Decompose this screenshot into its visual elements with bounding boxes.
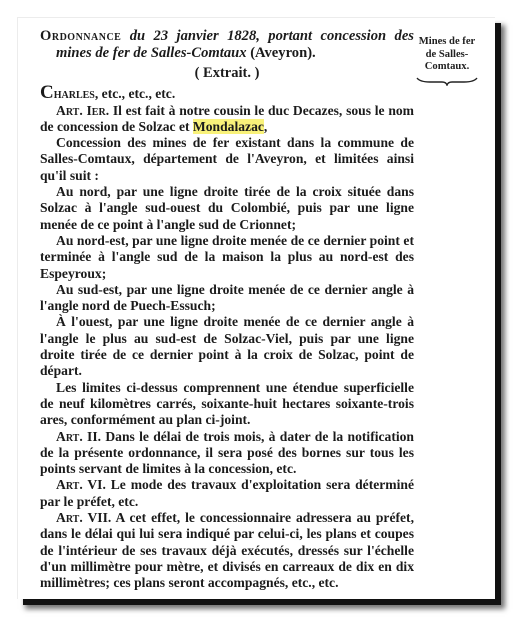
margin-note-line: Mines de fer: [399, 36, 495, 49]
document-body: Ordonnance du 23 janvier 1828, portant c…: [40, 28, 414, 592]
paragraph-ouest: À l'ouest, par une ligne droite menée de…: [40, 314, 414, 379]
paragraph-article-7: Art. VII. A cet effet, le concessionnair…: [40, 510, 414, 591]
paragraph-concession: Concession des mines de fer existant dan…: [40, 135, 414, 184]
article-label: Art. Ier.: [56, 103, 109, 118]
paragraph-text: ,: [264, 119, 267, 134]
margin-note-line: de Salles-: [399, 49, 495, 62]
document-page: Ordonnance du 23 janvier 1828, portant c…: [17, 17, 495, 599]
title-upright: (Aveyron).: [250, 45, 316, 61]
paragraph-sud-est: Au sud-est, par une ligne droite menée d…: [40, 282, 414, 315]
article-label: Art. II.: [56, 429, 101, 444]
paragraph-nord-est: Au nord-est, par une ligne droite menée …: [40, 233, 414, 282]
paragraph-article-2: Art. II. Dans le délai de trois mois, à …: [40, 429, 414, 478]
drop-cap: C: [40, 82, 54, 103]
title-lead: Ordonnance: [40, 28, 121, 44]
paragraph-text: , etc., etc., etc.: [95, 86, 175, 101]
article-label: Art. VII.: [56, 510, 111, 525]
curly-brace-icon: [416, 77, 478, 86]
paragraph-nord: Au nord, par une ligne droite tirée de l…: [40, 184, 414, 233]
paragraph-limites: Les limites ci-dessus comprennent une ét…: [40, 380, 414, 429]
paragraph-article-6: Art. VI. Le mode des travaux d'exploitat…: [40, 477, 414, 510]
highlighted-word: Mondalazac: [193, 119, 264, 134]
smallcaps-name: harles: [54, 86, 95, 101]
margin-note: Mines de fer de Salles- Comtaux.: [399, 36, 495, 86]
margin-note-line: Comtaux.: [399, 61, 495, 74]
paragraph-article-1: Art. Ier. Il est fait à notre cousin le …: [40, 103, 414, 136]
paragraph-charles: Charles, etc., etc., etc.: [40, 85, 414, 102]
document-title: Ordonnance du 23 janvier 1828, portant c…: [40, 28, 414, 61]
document-subtitle: ( Extrait. ): [40, 65, 414, 81]
article-label: Art. VI.: [56, 477, 106, 492]
